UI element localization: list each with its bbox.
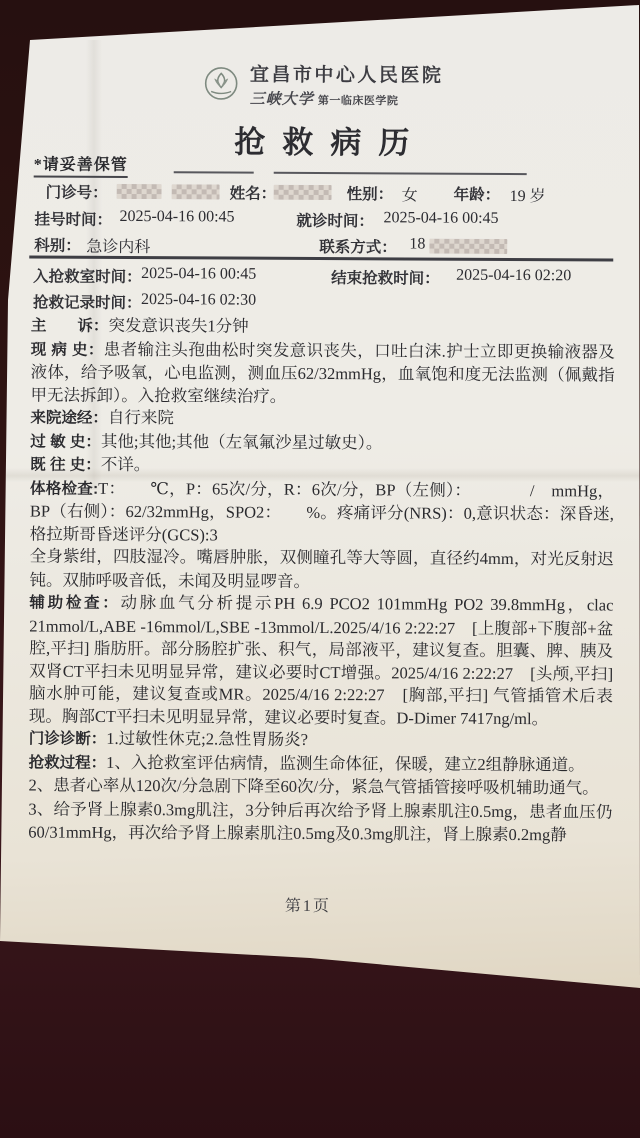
paragraph-text: 动脉血气分析提示PH 6.9 PCO2 101mmHg PO2 39.8mmHg…	[29, 593, 614, 728]
department-value: 急诊内科	[86, 234, 150, 257]
hospital-logo-icon	[201, 64, 241, 104]
paragraph-label: 体格检查:	[30, 480, 98, 497]
contact-label: 联系方式：	[319, 235, 397, 257]
record-content: 宜昌市中心人民医院 三峡大学 第一临床医学院 抢救病历 *请妥善保管 门诊号： …	[0, 0, 640, 1002]
mrn-label: 门诊号：	[46, 181, 108, 203]
redaction-mosaic	[117, 184, 162, 199]
paragraph-text: 1.过敏性休克;2.急性胃肠炎?	[106, 729, 308, 749]
enter-room-time-value: 2025-04-16 00:45	[141, 265, 256, 284]
hospital-header: 宜昌市中心人民医院 三峡大学 第一临床医学院	[2, 58, 640, 110]
header-rule-left	[174, 171, 254, 173]
record-paragraph: 既 往 史：不详。	[30, 453, 614, 480]
paragraph-label: 现 病 史：	[31, 341, 104, 358]
department-label: 科别：	[34, 234, 81, 256]
record-paragraph: 辅助检查：动脉血气分析提示PH 6.9 PCO2 101mmHg PO2 39.…	[29, 591, 614, 730]
photo-scene: 宜昌市中心人民医院 三峡大学 第一临床医学院 抢救病历 *请妥善保管 门诊号： …	[0, 0, 640, 1138]
paragraph-text: T： ℃，P：65次/分，R：6次/分，BP（左侧）： / mmHg，BP（右侧…	[30, 478, 614, 544]
keep-notice: *请妥善保管	[34, 151, 128, 177]
registration-time-label: 挂号时间：	[34, 208, 112, 230]
paragraph-label: 来院途经：	[30, 409, 108, 426]
paragraph-text: 1、入抢救室评估病情，监测生命体征，保暖，建立2组静脉通道。	[106, 752, 585, 774]
record-paragraph: 全身紫绀，四肢湿冷。嘴唇肿胀，双侧瞳孔等大等圆，直径约4mm，对光反射迟钝。双肺…	[30, 545, 614, 594]
visit-time-label: 就诊时间：	[296, 209, 374, 231]
visit-time-value: 2025-04-16 00:45	[383, 209, 498, 228]
paragraph-text: 3、给予肾上腺素0.3mg肌注，3分钟后再次给予肾上腺素肌注0.5mg，患者血压…	[28, 799, 612, 844]
record-time-value: 2025-04-16 02:30	[141, 291, 256, 310]
record-time-label: 抢救记录时间：	[33, 290, 142, 313]
end-rescue-time-value: 2025-04-16 02:20	[456, 267, 571, 286]
paragraph-text: 患者输注头孢曲松时突发意识丧失，口吐白沫.护士立即更换输液器及液体，给予吸氧，心…	[30, 339, 614, 405]
paragraph-label: 门诊诊断：	[29, 730, 107, 747]
paragraph-text: 2、患者心率从120次/分急剧下降至60次/分，紧急气管插管接呼吸机辅助通气。	[28, 775, 598, 797]
paragraph-text: 自行来院	[108, 408, 174, 427]
hospital-affiliation: 三峡大学 第一临床医学院	[250, 88, 444, 110]
gender-value: 女	[402, 182, 418, 205]
record-paragraph: 主 诉：突发意识丧失1分钟	[31, 314, 615, 341]
header-rule-right	[274, 172, 527, 175]
record-body: 主 诉：突发意识丧失1分钟 现 病 史：患者输注头孢曲松时突发意识丧失，口吐白沫…	[28, 314, 615, 847]
redaction-mosaic	[429, 239, 507, 254]
paragraph-label: 既 往 史：	[30, 456, 101, 473]
age-value: 19 岁	[510, 183, 546, 206]
paragraph-label: 抢救过程：	[29, 754, 107, 771]
record-paragraph: 过 敏 史：其他;其他;其他（左氧氟沙星过敏史）。	[30, 430, 614, 457]
registration-time-value: 2025-04-16 00:45	[119, 208, 234, 227]
hospital-text: 宜昌市中心人民医院 三峡大学 第一临床医学院	[250, 60, 444, 110]
record-paragraph: 3、给予肾上腺素0.3mg肌注，3分钟后再次给予肾上腺素肌注0.5mg，患者血压…	[28, 798, 612, 847]
paragraph-label: 辅助检查：	[29, 594, 120, 611]
record-paragraph: 现 病 史：患者输注头孢曲松时突发意识丧失，口吐白沫.护士立即更换输液器及液体，…	[30, 338, 614, 410]
contact-prefix: 18	[409, 235, 425, 253]
affiliation-rest: 第一临床医学院	[318, 95, 399, 107]
record-paragraph: 2、患者心率从120次/分急剧下降至60次/分，紧急气管插管接呼吸机辅助通气。	[28, 774, 612, 801]
record-paragraph: 来院途经：自行来院	[30, 406, 614, 433]
record-paragraph: 门诊诊断：1.过敏性休克;2.急性胃肠炎?	[29, 727, 613, 754]
redaction-mosaic	[274, 185, 332, 200]
hospital-name: 宜昌市中心人民医院	[250, 60, 444, 88]
section-divider	[29, 255, 613, 261]
record-paragraph: 体格检查:T： ℃，P：65次/分，R：6次/分，BP（左侧）： / mmHg，…	[30, 477, 614, 549]
redaction-mosaic	[172, 184, 220, 199]
record-paragraph: 抢救过程：1、入抢救室评估病情，监测生命体征，保暖，建立2组静脉通道。	[29, 751, 613, 778]
paragraph-text: 全身紫绀，四肢湿冷。嘴唇肿胀，双侧瞳孔等大等圆，直径约4mm，对光反射迟钝。双肺…	[30, 546, 614, 590]
enter-room-time-label: 入抢救室时间：	[33, 264, 142, 287]
paragraph-text: 突发意识丧失1分钟	[108, 316, 248, 336]
medical-record-sheet: 宜昌市中心人民医院 三峡大学 第一临床医学院 抢救病历 *请妥善保管 门诊号： …	[0, 0, 640, 1138]
end-rescue-time-label: 结束抢救时间：	[331, 266, 440, 289]
affiliation-script: 三峡大学	[250, 92, 314, 108]
age-label: 年龄：	[454, 183, 501, 205]
gender-label: 性别：	[347, 182, 394, 204]
paragraph-label: 主 诉：	[31, 317, 109, 334]
page-number: 第1页	[0, 891, 618, 917]
paragraph-label: 过 敏 史：	[30, 433, 101, 450]
paragraph-text: 其他;其他;其他（左氧氟沙星过敏史）。	[101, 431, 383, 451]
paragraph-text: 不详。	[101, 455, 151, 474]
name-label: 姓名：	[230, 182, 277, 204]
